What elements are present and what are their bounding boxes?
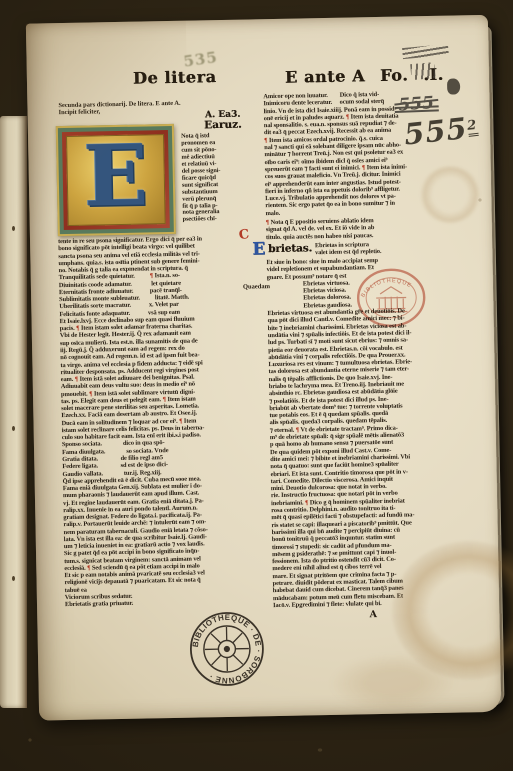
section-heading: brietas. [268, 242, 312, 255]
running-title-left: De litera [133, 69, 217, 87]
side-text-lines: Nota q̄ istdpronomen eacum sit pōno-mē a… [181, 132, 267, 224]
svg-text:BIBLIOTHEQUE: BIBLIOTHEQUE [360, 278, 413, 299]
illuminated-initial-gold-field: E [66, 134, 166, 226]
left-column-side-text: A. Ea3. Earuz. Nota q̄ istdpronomen eacu… [181, 109, 267, 224]
water-stain-bottom [328, 652, 459, 714]
book-page: De litera E ante A Fo. .I. 535 555 5552 … [26, 15, 501, 721]
ink-scribble [402, 44, 449, 59]
photo-background: De litera E ante A Fo. .I. 535 555 5552 … [0, 0, 513, 771]
right-column-body: Ebrietas virtuosa est abundantia gr̄e et… [267, 306, 473, 609]
red-marginal-ornament: C [238, 228, 250, 242]
lombard-initial-e: E [252, 242, 265, 257]
illuminated-initial-letter: E [83, 133, 149, 218]
entry-heading-word: Earuz. [181, 119, 265, 132]
red-stamp-text: BIBLIOTHEQUE [360, 278, 413, 299]
illuminated-initial-frame: E [56, 124, 176, 236]
quire-signature-mark: A [273, 608, 473, 622]
stamp-building-icon [375, 286, 407, 312]
shelfmark-superscript: 2 [466, 118, 478, 137]
marginal-word: Quaedam [243, 283, 270, 291]
previous-page-edge [0, 116, 27, 708]
red-library-stamp: BIBLIOTHEQUE [353, 264, 432, 333]
sorbonne-library-stamp: BIBLIOTHEQUE · DE · SORBONNE · [185, 607, 269, 691]
running-title-right-text: E ante A [285, 68, 365, 86]
folio-label: Fo. [380, 67, 409, 84]
nota-paragraph: ¶ Nota q̄ E ppositio seruiens ablatio id… [266, 215, 466, 241]
right-column-opening: Amicor ope non iuuatur. Dico q̄ ista vid… [263, 89, 465, 217]
left-column-body: tente in re seu psona significatur. Ergo… [58, 234, 273, 608]
section-heading-side-text: Ebrietas in scripturavalet idem est q̄d … [315, 241, 382, 256]
ink-scribble [410, 62, 435, 80]
page-edge-speck [12, 426, 15, 431]
page-edge-speck [12, 226, 15, 231]
right-column: Amicor ope non iuuatur. Dico q̄ ista vid… [263, 89, 473, 622]
page-edge-speck [12, 576, 15, 581]
